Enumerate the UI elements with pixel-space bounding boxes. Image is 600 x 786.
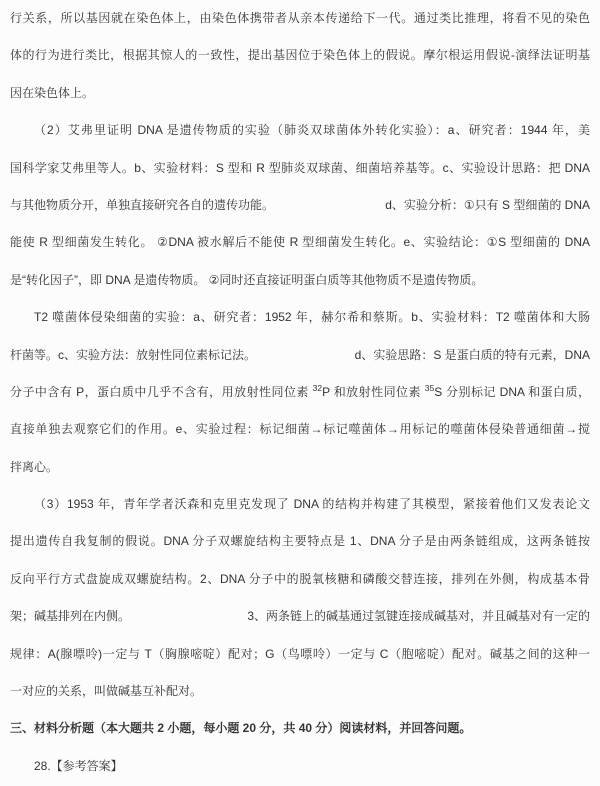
text-run: 一对应的关系，叫做碱基互补配对。 xyxy=(10,684,202,698)
text-run: 体的行为进行类比，根据其惊人的一致性，提出基因位于染色体上的假说。摩尔根运用假说… xyxy=(10,48,590,62)
text-line: 杆菌等。c、实验方法：放射性同位素标记法。d、实验思路：S 是蛋白质的特有元素，… xyxy=(10,337,590,374)
text-run: 因在染色体上。 xyxy=(10,86,94,100)
text-line: 拌离心。 xyxy=(10,449,590,486)
text-line: 国科学家艾弗里等人。b、实验材料：S 型和 R 型肺炎双球菌、细菌培养基等。c、… xyxy=(10,150,590,187)
text-run: S 分别标记 DNA 和蛋白质， xyxy=(434,385,590,399)
text-run: 国科学家艾弗里等人。b、实验材料：S 型和 R 型肺炎双球菌、细菌培养基等。c、… xyxy=(10,161,590,175)
superscript-text: 32 xyxy=(313,383,322,393)
text-run: （2）艾弗里证明 DNA 是遗传物质的实验（肺炎双球菌体外转化实验）：a、研究者… xyxy=(34,123,590,137)
document-page: 行关系，所以基因就在染色体上，由染色体携带者从亲本传递给下一代。通过类比推理，将… xyxy=(0,0,600,785)
text-run: T2 噬菌体侵染细菌的实验：a、研究者：1952 年，赫尔希和蔡斯。b、实验材料… xyxy=(34,310,590,324)
text-line: 提出遗传自我复制的假说。DNA 分子双螺旋结构主要特点是 1、DNA 分子是由两… xyxy=(10,523,590,560)
text-column: 架；碱基排列在内侧。 xyxy=(10,598,130,635)
text-column: 杆菌等。c、实验方法：放射性同位素标记法。 xyxy=(10,337,256,374)
text-run: 三、材料分析题（本大题共 2 小题，每小题 20 分，共 40 分）阅读材料，并… xyxy=(10,721,471,735)
text-line: 与其他物质分开，单独直接研究各自的遗传功能。d、实验分析：①只有 S 型细菌的 … xyxy=(10,187,590,224)
text-run: 分子中含有 P，蛋白质中几乎不含有，用放射性同位素 xyxy=(10,385,313,399)
text-run: 提出遗传自我复制的假说。DNA 分子双螺旋结构主要特点是 1、DNA 分子是由两… xyxy=(10,534,590,548)
text-column: d、实验分析：①只有 S 型细菌的 DNA xyxy=(385,187,590,224)
superscript-text: 35 xyxy=(425,383,434,393)
text-line: （2）艾弗里证明 DNA 是遗传物质的实验（肺炎双球菌体外转化实验）：a、研究者… xyxy=(10,112,590,149)
text-run: 架；碱基排列在内侧。 xyxy=(10,609,130,623)
text-run: （3）1953 年，青年学者沃森和克里克发现了 DNA 的结构并构建了其模型，紧… xyxy=(34,497,590,511)
text-run: P 和放射性同位素 xyxy=(322,385,425,399)
text-line: （3）1953 年，青年学者沃森和克里克发现了 DNA 的结构并构建了其模型，紧… xyxy=(10,486,590,523)
text-run: 是“转化因子”，即 DNA 是遗传物质。 ②同时还直接证明蛋白质等其他物质不是遗… xyxy=(10,273,483,287)
text-run: 拌离心。 xyxy=(10,460,58,474)
text-line: 28.【参考答案】 xyxy=(10,748,590,785)
text-line: 行关系，所以基因就在染色体上，由染色体携带者从亲本传递给下一代。通过类比推理，将… xyxy=(10,0,590,37)
text-column: 3、两条链上的碱基通过氢键连接成碱基对，并且碱基对有一定的 xyxy=(247,598,590,635)
text-line: 规律：A(腺嘌呤)一定与 T（胸腺嘧啶）配对；G（鸟嘌呤）一定与 C（胞嘧啶）配… xyxy=(10,636,590,673)
text-run: 规律：A(腺嘌呤)一定与 T（胸腺嘧啶）配对；G（鸟嘌呤）一定与 C（胞嘧啶）配… xyxy=(10,647,590,661)
text-line: 直接单独去观察它们的作用。e、实验过程：标记细菌→标记噬菌体→用标记的噬菌体侵染… xyxy=(10,411,590,448)
text-run: 28.【参考答案】 xyxy=(34,759,123,773)
text-line: 反向平行方式盘旋成双螺旋结构。2、DNA 分子中的脱氧核糖和磷酸交替连接，排列在… xyxy=(10,561,590,598)
document-body: 行关系，所以基因就在染色体上，由染色体携带者从亲本传递给下一代。通过类比推理，将… xyxy=(10,0,590,785)
text-run: 反向平行方式盘旋成双螺旋结构。2、DNA 分子中的脱氧核糖和磷酸交替连接，排列在… xyxy=(10,572,590,586)
text-line: 因在染色体上。 xyxy=(10,75,590,112)
text-line: T2 噬菌体侵染细菌的实验：a、研究者：1952 年，赫尔希和蔡斯。b、实验材料… xyxy=(10,299,590,336)
text-line: 分子中含有 P，蛋白质中几乎不含有，用放射性同位素 32P 和放射性同位素 35… xyxy=(10,374,590,411)
text-line: 体的行为进行类比，根据其惊人的一致性，提出基因位于染色体上的假说。摩尔根运用假说… xyxy=(10,37,590,74)
text-run: 杆菌等。c、实验方法：放射性同位素标记法。 xyxy=(10,348,256,362)
section-heading-line: 三、材料分析题（本大题共 2 小题，每小题 20 分，共 40 分）阅读材料，并… xyxy=(10,710,590,747)
text-run: d、实验分析：①只有 S 型细菌的 DNA xyxy=(385,198,590,212)
text-line: 是“转化因子”，即 DNA 是遗传物质。 ②同时还直接证明蛋白质等其他物质不是遗… xyxy=(10,262,590,299)
text-run: d、实验思路：S 是蛋白质的特有元素，DNA xyxy=(355,348,590,362)
text-run: 直接单独去观察它们的作用。e、实验过程：标记细菌→标记噬菌体→用标记的噬菌体侵染… xyxy=(10,422,590,436)
text-line: 能使 R 型细菌发生转化。 ②DNA 被水解后不能使 R 型细菌发生转化。e、实… xyxy=(10,224,590,261)
text-run: 行关系，所以基因就在染色体上，由染色体携带者从亲本传递给下一代。通过类比推理，将… xyxy=(10,11,590,25)
text-column: 与其他物质分开，单独直接研究各自的遗传功能。 xyxy=(10,187,274,224)
text-run: 与其他物质分开，单独直接研究各自的遗传功能。 xyxy=(10,198,274,212)
text-run: 3、两条链上的碱基通过氢键连接成碱基对，并且碱基对有一定的 xyxy=(247,609,590,623)
text-line: 一对应的关系，叫做碱基互补配对。 xyxy=(10,673,590,710)
text-line: 架；碱基排列在内侧。3、两条链上的碱基通过氢键连接成碱基对，并且碱基对有一定的 xyxy=(10,598,590,635)
text-column: d、实验思路：S 是蛋白质的特有元素，DNA xyxy=(355,337,590,374)
text-run: 能使 R 型细菌发生转化。 ②DNA 被水解后不能使 R 型细菌发生转化。e、实… xyxy=(10,235,590,249)
